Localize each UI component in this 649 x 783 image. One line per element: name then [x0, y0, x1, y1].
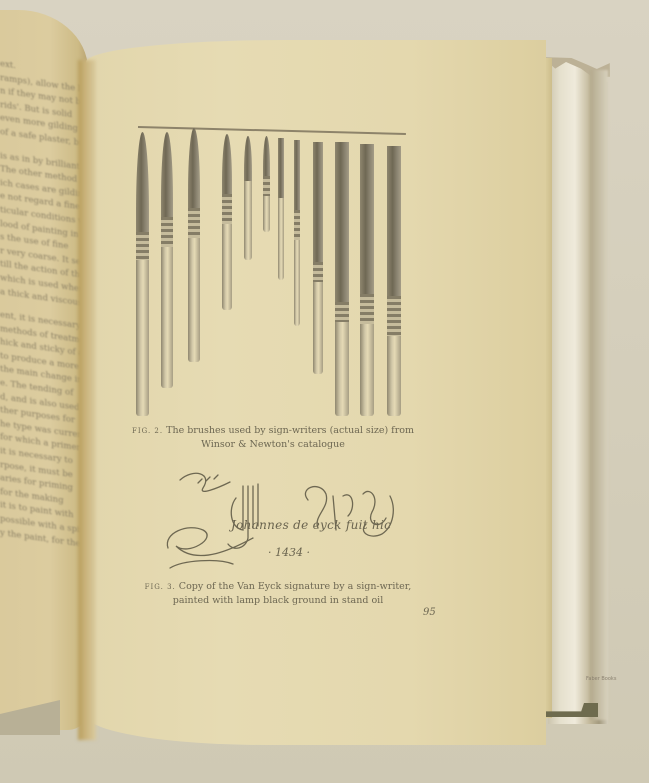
figure-3-signature: Johannes de eyck fuit hic · 1434 · [158, 468, 428, 573]
brush-illustration [244, 136, 252, 260]
brush-illustration [161, 132, 173, 388]
brush-illustration [136, 132, 149, 416]
figure-3-caption-line-2: painted with lamp black ground in stand … [128, 594, 428, 608]
signature-text: Johannes de eyck fuit hic [231, 518, 391, 532]
figure-2-caption: FIG. 2. The brushes used by sign-writers… [128, 424, 418, 452]
page-number: 95 [423, 607, 436, 618]
brush-illustration [263, 136, 270, 232]
figure-2-brushes [128, 118, 418, 418]
figure-2-label: FIG. 2. [132, 427, 163, 435]
brush-hanging-line [138, 126, 406, 135]
figure-3-label: FIG. 3. [145, 583, 176, 591]
brush-illustration [294, 140, 300, 326]
book-gutter [78, 60, 96, 740]
brush-illustration [313, 142, 323, 374]
figure-2-caption-line-1: The brushes used by sign-writers (actual… [166, 425, 414, 436]
spine-shadow [590, 70, 608, 720]
figure-3-caption: FIG. 3. Copy of the Van Eyck signature b… [128, 580, 428, 608]
spine-text: Faber Books [586, 676, 616, 682]
signature-year: · 1434 · [268, 546, 310, 559]
figure-2-caption-line-2: Winsor & Newton's catalogue [128, 438, 418, 452]
brush-illustration [360, 144, 374, 416]
brush-illustration [335, 142, 349, 416]
brush-illustration [387, 146, 401, 416]
brush-illustration [188, 128, 200, 362]
brush-illustration [222, 134, 232, 310]
brush-illustration [278, 138, 284, 280]
figure-3-caption-line-1: Copy of the Van Eyck signature by a sign… [179, 581, 412, 592]
left-page: ext. ramps), allow the bright n if they … [0, 10, 88, 730]
left-page-text: ext. ramps), allow the bright n if they … [0, 58, 86, 552]
